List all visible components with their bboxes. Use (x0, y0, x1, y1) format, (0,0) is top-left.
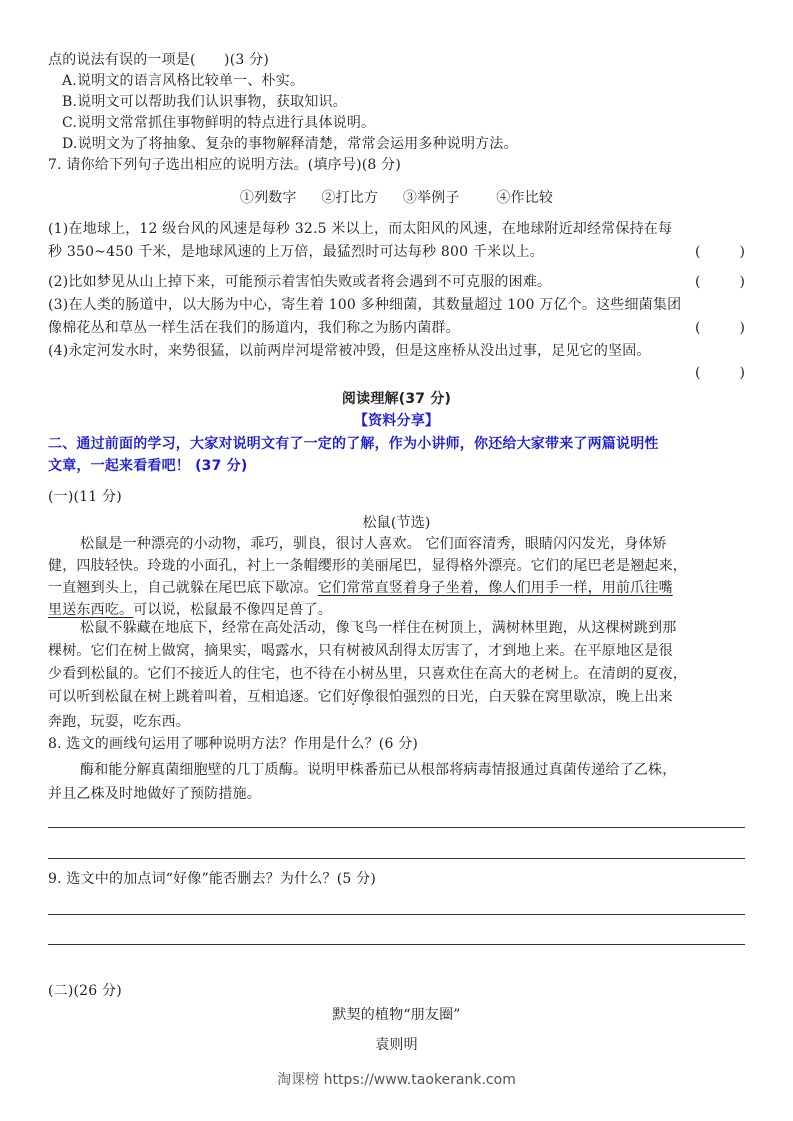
q7-item-3-line-1: (3)在人类的肠道中，以大肠为中心，寄生着 100 多种细菌，其数量超过 100… (48, 295, 681, 315)
p1-line-1: 松鼠是一种漂亮的小动物，乖巧，驯良，很讨人喜欢。 它们面容清秀，眼睛闪闪发光，身… (80, 534, 667, 554)
method-2: ②打比方 (321, 190, 378, 206)
q7-item-2-line-1: (2)比如梦见从山上掉下来，可能预示着害怕失败或者将会遇到不可克服的困难。 (48, 272, 551, 292)
q9-stem: 9. 选文中的加点词“好像”能否删去？为什么？(5 分) (48, 869, 376, 889)
q8-answer-writing-line-2[interactable] (48, 858, 745, 859)
p2-line-3: 少看到松鼠的。它们不接近人的住宅，也不待在小树丛里，只喜欢住在高大的老树上。在清… (48, 664, 687, 684)
method-3: ③举例子 (403, 190, 460, 206)
share-label: 【资料分享】 (0, 411, 793, 431)
p2-line-2: 棵树。它们在树上做窝，摘果实，喝露水，只有树被风刮得太厉害了，才到地上来。在平原… (48, 641, 673, 661)
q7-item-2-answer-blank[interactable]: () (695, 272, 745, 292)
q7-stem: 7. 请你给下列句子选出相应的说明方法。(填序号)(8 分) (48, 155, 401, 175)
p2-line-1: 松鼠不躲藏在地底下，经常在高处活动，像飞鸟一样住在树顶上，满树林里跑，从这棵树跳… (80, 618, 676, 638)
q6-option-c: C.说明文常常抓住事物鲜明的特点进行具体说明。 (62, 113, 375, 133)
q8-answer-line-1: 酶和能分解真菌细胞壁的几丁质酶。说明甲株番茄已从根部将病毒情报通过真菌传递给了乙… (80, 760, 676, 780)
reading-intro-line-1: 二、通过前面的学习，大家对说明文有了一定的了解，作为小讲师，你还给大家带来了两篇… (48, 434, 659, 454)
p2-line-4: 可以听到松鼠在树上跳着叫着，互相追逐。它们好像很怕强烈的日光，白天躲在窝里歇凉，… (48, 687, 673, 707)
p2-line-5: 奔跑，玩耍，吃东西。 (48, 712, 190, 732)
reading-intro-line-2: 文章，一起来看看吧！ (37 分) (48, 456, 247, 476)
part2-article-title: 默契的植物“朋友圈” (0, 1005, 793, 1025)
q6-option-a: A.说明文的语言风格比较单一、朴实。 (62, 71, 304, 91)
p1-line-4: 里送东西吃。可以说，松鼠最不像四足兽了。 (48, 600, 332, 620)
q7-item-4-answer-blank[interactable]: () (695, 363, 745, 383)
part2-author: 袁则明 (0, 1035, 793, 1055)
q7-item-1-line-2: 秒 350~450 千米，是地球风速的上万倍，最猛烈时可达每秒 800 千米以上… (48, 242, 544, 262)
exam-page: 点的说法有误的一项是( )(3 分) A.说明文的语言风格比较单一、朴实。 B.… (0, 0, 793, 1121)
q8-answer-line-2: 并且乙株及时地做好了预防措施。 (48, 784, 261, 804)
method-1: ①列数字 (240, 190, 297, 206)
q7-item-4-line-1: (4)永定河发水时，来势很猛，以前两岸河堤常被冲毁，但是这座桥从没出过事，足见它… (48, 341, 651, 361)
part1-article-title: 松鼠(节选) (0, 513, 793, 533)
q6-option-b: B.说明文可以帮助我们认识事物，获取知识。 (62, 92, 347, 112)
q7-methods: ①列数字 ②打比方 ③举例子 ④作比较 (0, 188, 793, 208)
q7-item-1-line-1: (1)在地球上，12 级台风的风速是每秒 32.5 米以上，而太阳风的风速，在地… (48, 219, 672, 239)
q8-answer-writing-line-1[interactable] (48, 827, 745, 828)
underlined-sentence-end: 里送东西吃。 (48, 602, 133, 618)
q7-item-3-answer-blank[interactable]: () (695, 318, 745, 338)
underlined-sentence: 它们常常直竖着身子坐着，像人们用手一样，用前爪往嘴 (318, 580, 673, 596)
q9-answer-writing-line-2[interactable] (48, 944, 745, 945)
dotted-word-xiang: 像 (360, 687, 374, 707)
method-4: ④作比较 (496, 190, 553, 206)
q7-item-3-line-2: 像棉花丛和草丛一样生活在我们的肠道内，我们称之为肠内菌群。 (48, 318, 460, 338)
dotted-word-hao: 好 (346, 687, 360, 707)
p1-line-2: 健，四肢轻快。玲珑的小面孔，衬上一条帽缨形的美丽尾巴，显得格外漂亮。它们的尾巴老… (48, 556, 687, 576)
q9-answer-writing-line-1[interactable] (48, 914, 745, 915)
q7-item-1-answer-blank[interactable]: () (695, 242, 745, 262)
q8-stem: 8. 选文的画线句运用了哪种说明方法？作用是什么？(6 分) (48, 734, 418, 754)
p1-line-3: 一直翘到头上，自己就躲在尾巴底下歇凉。它们常常直竖着身子坐着，像人们用手一样，用… (48, 578, 673, 598)
q6-stem: 点的说法有误的一项是( )(3 分) (48, 50, 269, 70)
part2-label: (二)(26 分) (48, 981, 122, 1001)
part1-label: (一)(11 分) (48, 487, 122, 507)
q6-option-d: D.说明文为了将抽象、复杂的事物解释清楚，常常会运用多种说明方法。 (62, 134, 518, 154)
footer-watermark: 淘课榜 https://www.taokerank.com (0, 1069, 793, 1089)
reading-title: 阅读理解(37 分) (0, 389, 793, 409)
